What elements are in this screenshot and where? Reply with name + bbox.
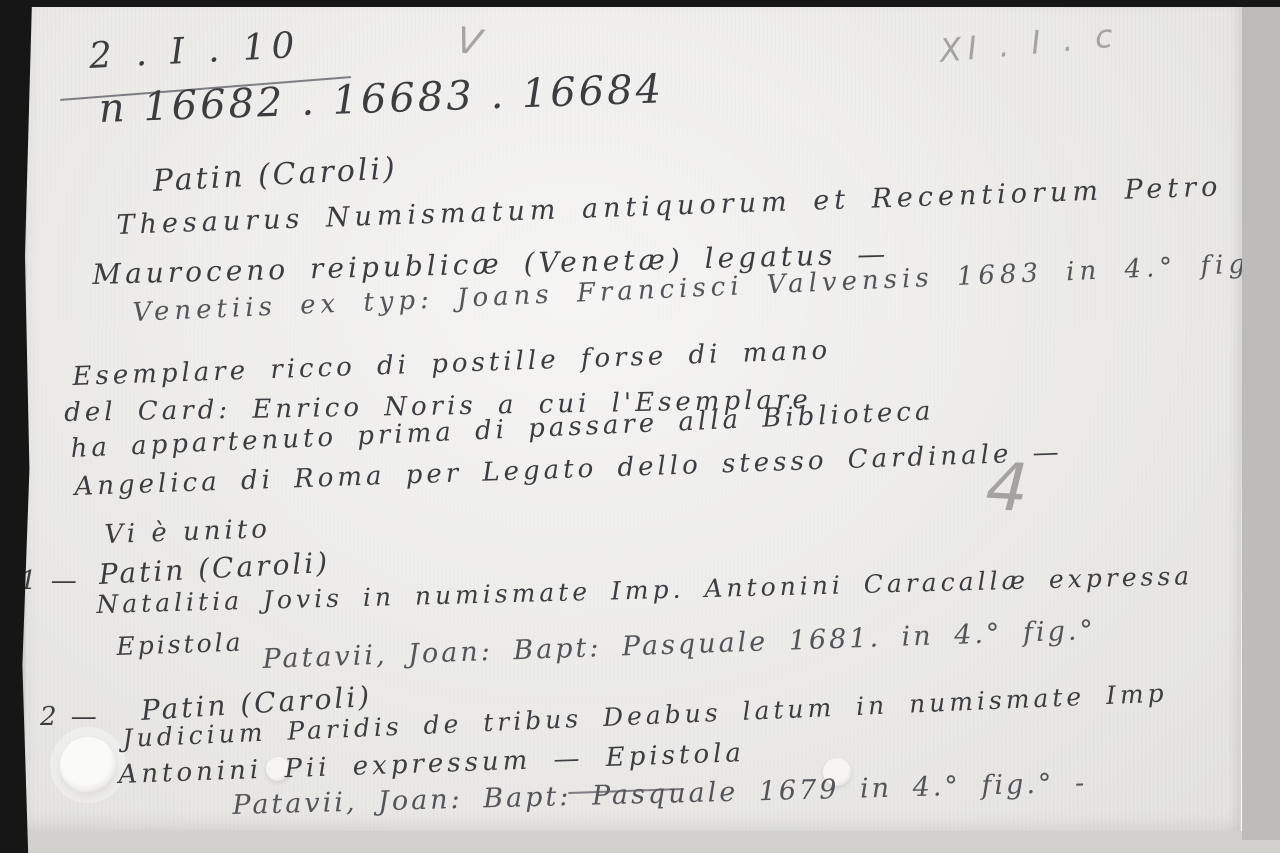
punch-hole-large <box>60 737 116 793</box>
entry-1-form: Epistola <box>116 628 244 661</box>
scan-edge-top <box>0 0 1280 7</box>
scanned-card-image: 2 . I . 10 n 16682 . 16683 . 16684 V XI … <box>0 0 1280 853</box>
entry-2-number: 2 — <box>40 702 100 732</box>
entry-1-number: 1 — <box>20 566 80 596</box>
scan-edge-bottom <box>0 831 1280 853</box>
scan-edge-right <box>1242 0 1280 840</box>
note-line-5: Vi è unito <box>104 514 271 550</box>
pencil-number: 4 <box>984 448 1030 527</box>
